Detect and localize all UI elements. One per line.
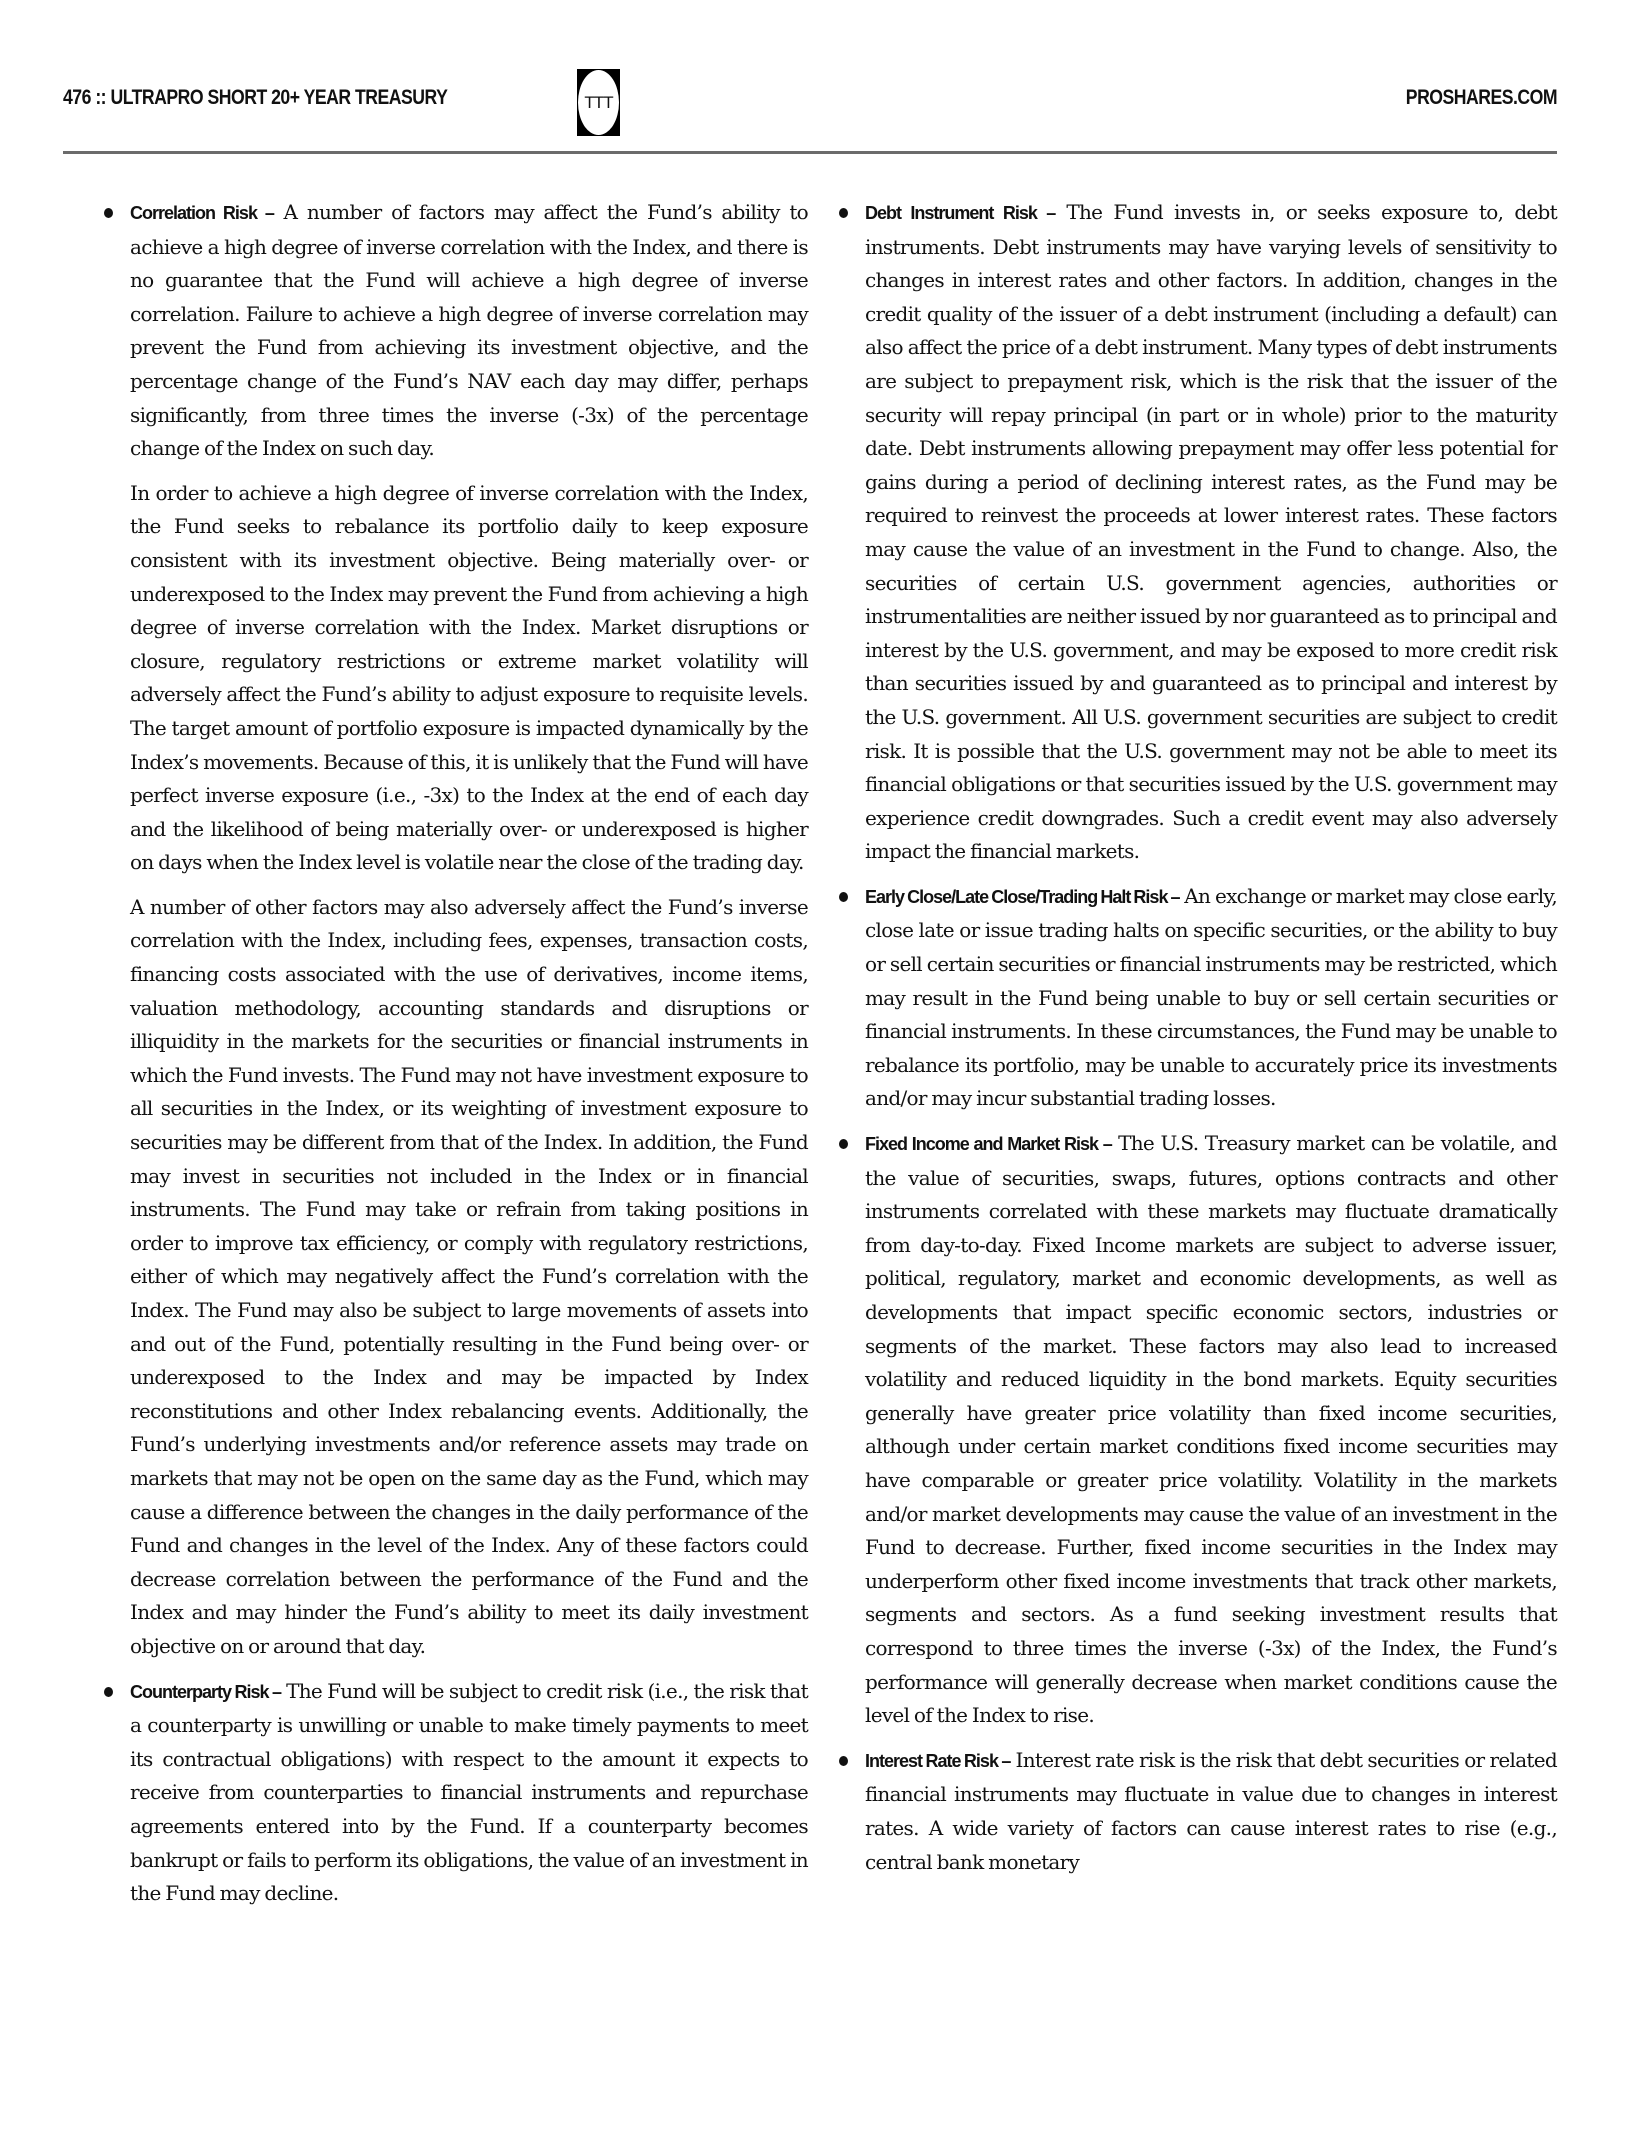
risk-text: An exchange or market may close early, c… [865, 884, 1557, 1111]
header-divider [63, 151, 1557, 154]
risk-item-interest-rate: Interest Rate Risk – Interest rate risk … [865, 1744, 1557, 1879]
ticker-badge-label: TTT [578, 70, 619, 135]
risk-item-counterparty: Counterparty Risk – The Fund will be sub… [130, 1675, 808, 1911]
site-name: PROSHARES.COM [1406, 86, 1557, 110]
risk-paragraph: Counterparty Risk – The Fund will be sub… [130, 1675, 808, 1911]
page-number-and-fund-title: 476 :: ULTRAPRO SHORT 20+ YEAR TREASURY [63, 86, 447, 110]
risk-title: Interest Rate Risk – [865, 1751, 1010, 1771]
bullet-icon [839, 1139, 848, 1149]
risk-text: The Fund will be subject to credit risk … [130, 1679, 808, 1906]
risk-text: The U.S. Treasury market can be volatile… [865, 1131, 1557, 1727]
risk-item-debt-instrument: Debt Instrument Risk – The Fund invests … [865, 196, 1557, 869]
risk-text: A number of factors may affect the Fund’… [130, 200, 808, 460]
risk-item-fixed-income: Fixed Income and Market Risk – The U.S. … [865, 1127, 1557, 1733]
page-header: 476 :: ULTRAPRO SHORT 20+ YEAR TREASURY … [63, 0, 1557, 155]
bullet-icon [104, 208, 113, 218]
risk-paragraph: Fixed Income and Market Risk – The U.S. … [865, 1127, 1557, 1733]
risk-item-early-close: Early Close/Late Close/Trading Halt Risk… [865, 880, 1557, 1116]
bullet-icon [104, 1687, 113, 1697]
risk-item-correlation: Correlation Risk – A number of factors m… [130, 196, 808, 1664]
risk-paragraph: Early Close/Late Close/Trading Halt Risk… [865, 880, 1557, 1116]
risk-paragraph: In order to achieve a high degree of inv… [130, 477, 808, 880]
ticker-badge: TTT [577, 69, 620, 136]
risk-title: Debt Instrument Risk – [865, 203, 1055, 223]
bullet-icon [839, 892, 848, 902]
risk-paragraph: A number of other factors may also adver… [130, 891, 808, 1664]
bullet-icon [839, 1756, 848, 1766]
left-column: Correlation Risk – A number of factors m… [130, 196, 808, 1922]
risk-text: The Fund invests in, or seeks exposure t… [865, 200, 1557, 863]
risk-title: Fixed Income and Market Risk – [865, 1134, 1112, 1154]
right-column: Debt Instrument Risk – The Fund invests … [865, 196, 1557, 1890]
risk-title: Counterparty Risk – [130, 1682, 281, 1702]
risk-title: Early Close/Late Close/Trading Halt Risk… [865, 887, 1180, 907]
risk-paragraph: Correlation Risk – A number of factors m… [130, 196, 808, 466]
risk-title: Correlation Risk – [130, 203, 274, 223]
risk-paragraph: Debt Instrument Risk – The Fund invests … [865, 196, 1557, 869]
risk-paragraph: Interest Rate Risk – Interest rate risk … [865, 1744, 1557, 1879]
bullet-icon [839, 208, 848, 218]
